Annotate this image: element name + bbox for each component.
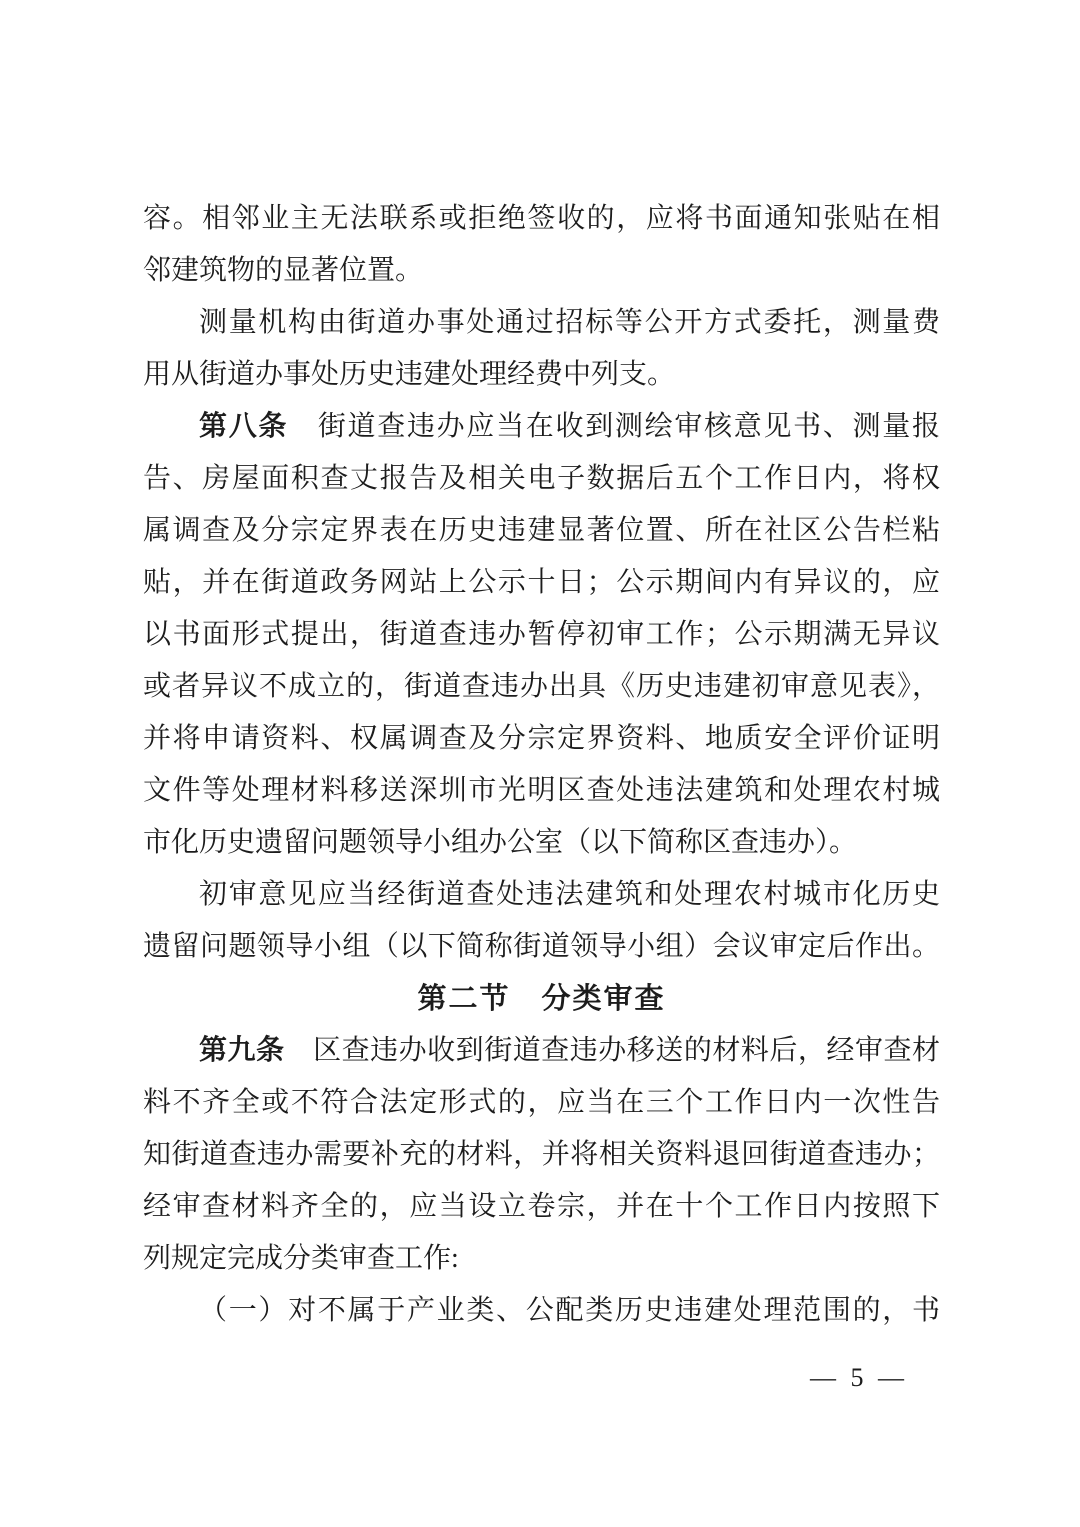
- document-line: 初审意见应当经街道查处违法建筑和处理农村城市化历史: [143, 869, 940, 921]
- document-page: 容。相邻业主无法联系或拒绝签收的，应将书面通知张贴在相 邻建筑物的显著位置。 测…: [143, 193, 940, 1337]
- document-line: 以书面形式提出，街道查违办暂停初审工作；公示期满无异议: [143, 609, 940, 661]
- document-line: 容。相邻业主无法联系或拒绝签收的，应将书面通知张贴在相: [143, 193, 940, 245]
- document-line: 市化历史遗留问题领导小组办公室（以下简称区查违办）。: [143, 817, 940, 869]
- document-line: 第九条 区查违办收到街道查违办移送的材料后，经审查材: [143, 1025, 940, 1077]
- document-line: 告、房屋面积查丈报告及相关电子数据后五个工作日内，将权: [143, 453, 940, 505]
- document-line: 料不齐全或不符合法定形式的，应当在三个工作日内一次性告: [143, 1077, 940, 1129]
- section-heading: 第二节 分类审查: [143, 973, 940, 1025]
- document-line: 或者异议不成立的，街道查违办出具《历史违建初审意见表》，: [143, 661, 940, 713]
- document-line: 贴，并在街道政务网站上公示十日；公示期间内有异议的，应: [143, 557, 940, 609]
- document-line: 测量机构由街道办事处通过招标等公开方式委托，测量费: [143, 297, 940, 349]
- article-number: 第九条: [199, 1035, 285, 1066]
- document-line: 经审查材料齐全的，应当设立卷宗，并在十个工作日内按照下: [143, 1181, 940, 1233]
- article-number: 第八条: [199, 411, 288, 442]
- page-number: — 5 —: [810, 1360, 908, 1396]
- document-line: 文件等处理材料移送深圳市光明区查处违法建筑和处理农村城: [143, 765, 940, 817]
- document-line: 并将申请资料、权属调查及分宗定界资料、地质安全评价证明: [143, 713, 940, 765]
- document-line: 列规定完成分类审查工作:: [143, 1233, 940, 1285]
- document-line: 邻建筑物的显著位置。: [143, 245, 940, 297]
- document-line: 知街道查违办需要补充的材料，并将相关资料退回街道查违办；: [143, 1129, 940, 1181]
- document-line: 属调查及分宗定界表在历史违建显著位置、所在社区公告栏粘: [143, 505, 940, 557]
- document-line: （一）对不属于产业类、公配类历史违建处理范围的，书: [143, 1285, 940, 1337]
- document-line: 第八条 街道查违办应当在收到测绘审核意见书、测量报: [143, 401, 940, 453]
- document-line: 遗留问题领导小组（以下简称街道领导小组）会议审定后作出。: [143, 921, 940, 973]
- document-line: 用从街道办事处历史违建处理经费中列支。: [143, 349, 940, 401]
